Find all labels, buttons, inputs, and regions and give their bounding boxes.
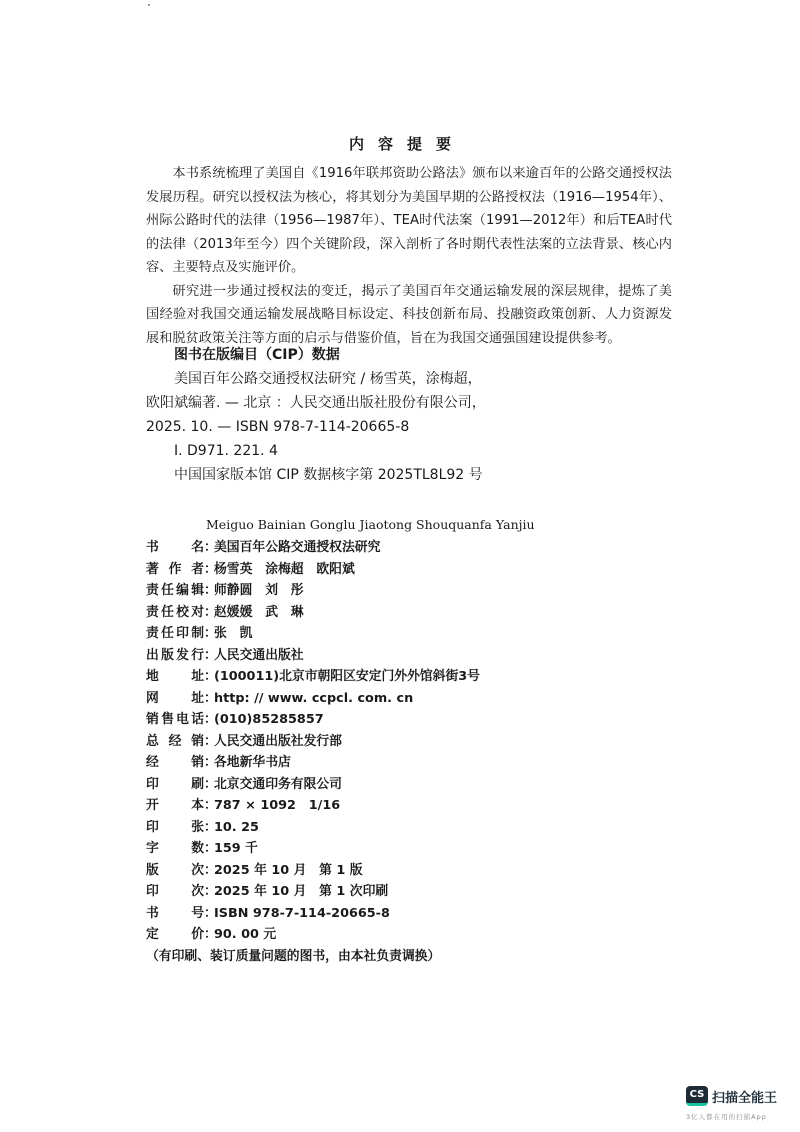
info-row: 书号：ISBN 978-7-114-20665-8 [146, 903, 480, 925]
info-value: 美国百年公路交通授权法研究 [214, 537, 380, 559]
info-value: (010)85285857 [214, 709, 324, 731]
watermark-tagline: 3亿人都在用的扫描App [686, 1112, 796, 1121]
info-label: 字数 [146, 838, 204, 860]
info-row: 出版发行：人民交通出版社 [146, 645, 480, 667]
info-value: 人民交通出版社发行部 [214, 731, 342, 753]
info-label-char: 印 [146, 817, 159, 839]
info-value: 师静圆 刘 彤 [214, 580, 304, 602]
info-label-char: 出 [146, 645, 159, 667]
info-label-char: 话 [191, 709, 204, 731]
cip-line: 中国国家版本馆 CIP 数据核字第 2025TL8L92 号 [146, 463, 666, 487]
cip-line: 美国百年公路交通授权法研究 / 杨雪英，涂梅超， [146, 367, 666, 391]
page-title: 内容提要 [0, 133, 800, 154]
pinyin-title: Meiguo Bainian Gonglu Jiaotong Shouquanf… [206, 517, 535, 532]
info-label: 出版发行 [146, 645, 204, 667]
info-label: 销售电话 [146, 709, 204, 731]
info-label: 书名 [146, 537, 204, 559]
info-label: 地址 [146, 666, 204, 688]
info-label-char: 地 [146, 666, 159, 688]
info-value: (100011)北京市朝阳区安定门外外馆斜街3号 [214, 666, 480, 688]
info-label-char: 责 [146, 602, 159, 624]
info-label-char: 校 [176, 602, 189, 624]
info-value: 2025 年 10 月 第 1 次印刷 [214, 881, 388, 903]
info-label-char: 印 [146, 881, 159, 903]
info-row: 定价：90. 00 元 [146, 924, 480, 946]
info-label-char: 责 [146, 580, 159, 602]
info-label-char: 次 [191, 860, 204, 882]
info-label-char: 开 [146, 795, 159, 817]
info-label-char: 总 [146, 731, 159, 753]
info-label-char: 销 [146, 709, 159, 731]
info-label-char: 作 [169, 559, 182, 581]
cip-title: 图书在版编目（CIP）数据 [146, 343, 666, 367]
info-row: 印刷：北京交通印务有限公司 [146, 774, 480, 796]
info-label-char: 销 [191, 752, 204, 774]
info-label-char: 网 [146, 688, 159, 710]
copyright-info: 书名：美国百年公路交通授权法研究著作者：杨雪英 涂梅超 欧阳斌责任编辑：师静圆 … [146, 537, 480, 967]
info-label: 印次 [146, 881, 204, 903]
info-label-char: 著 [146, 559, 159, 581]
info-label-char: 书 [146, 537, 159, 559]
info-value: 杨雪英 涂梅超 欧阳斌 [214, 559, 355, 581]
info-label-char: 销 [191, 731, 204, 753]
info-label: 印刷 [146, 774, 204, 796]
info-row: 责任印制：张 凯 [146, 623, 480, 645]
replacement-note: （有印刷、装订质量问题的图书，由本社负责调换） [146, 946, 480, 968]
info-label-char: 址 [191, 666, 204, 688]
info-label-char: 制 [191, 623, 204, 645]
info-row: 著作者：杨雪英 涂梅超 欧阳斌 [146, 559, 480, 581]
info-row: 印次：2025 年 10 月 第 1 次印刷 [146, 881, 480, 903]
info-value: ISBN 978-7-114-20665-8 [214, 903, 390, 925]
info-label-char: 经 [146, 752, 159, 774]
cip-line: Ⅰ. D971. 221. 4 [146, 439, 666, 463]
info-label: 责任印制 [146, 623, 204, 645]
info-label-char: 经 [169, 731, 182, 753]
info-label-char: 任 [161, 602, 174, 624]
info-label-char: 印 [176, 623, 189, 645]
info-label-char: 名 [191, 537, 204, 559]
info-label-char: 任 [161, 580, 174, 602]
info-row: 书名：美国百年公路交通授权法研究 [146, 537, 480, 559]
info-label-char: 本 [191, 795, 204, 817]
abstract: 本书系统梳理了美国自《1916年联邦资助公路法》颁布以来逾百年的公路交通授权法发… [146, 162, 672, 350]
info-label: 书号 [146, 903, 204, 925]
info-value: 159 千 [214, 838, 258, 860]
info-row: 开本：787 × 1092 1/16 [146, 795, 480, 817]
cip-block: 图书在版编目（CIP）数据 美国百年公路交通授权法研究 / 杨雪英，涂梅超， 欧… [146, 343, 666, 487]
info-label-char: 号 [191, 903, 204, 925]
info-label-char: 责 [146, 623, 159, 645]
info-label-char: 次 [191, 881, 204, 903]
info-label: 开本 [146, 795, 204, 817]
abstract-paragraph: 研究进一步通过授权法的变迁，揭示了美国百年交通运输发展的深层规律，提炼了美国经验… [146, 280, 672, 351]
camscanner-logo-icon: CS [686, 1086, 708, 1106]
info-row: 经销：各地新华书店 [146, 752, 480, 774]
info-label-char: 书 [146, 903, 159, 925]
info-label-char: 版 [146, 860, 159, 882]
info-label: 定价 [146, 924, 204, 946]
info-label-char: 辑 [191, 580, 204, 602]
info-value: 90. 00 元 [214, 924, 276, 946]
info-label-char: 刷 [191, 774, 204, 796]
watermark-app-name: 扫描全能王 [712, 1087, 777, 1106]
info-label: 网址 [146, 688, 204, 710]
cip-line: 2025. 10. — ISBN 978-7-114-20665-8 [146, 415, 666, 439]
info-label-char: 址 [191, 688, 204, 710]
info-value: http: // www. ccpcl. com. cn [214, 688, 413, 710]
info-label-char: 者 [191, 559, 204, 581]
info-value: 北京交通印务有限公司 [214, 774, 342, 796]
info-label-char: 发 [176, 645, 189, 667]
info-value: 10. 25 [214, 817, 259, 839]
info-row: 责任校对：赵媛媛 武 琳 [146, 602, 480, 624]
info-value: 各地新华书店 [214, 752, 291, 774]
info-value: 787 × 1092 1/16 [214, 795, 340, 817]
info-row: 责任编辑：师静圆 刘 彤 [146, 580, 480, 602]
info-label-char: 行 [191, 645, 204, 667]
info-row: 版次：2025 年 10 月 第 1 版 [146, 860, 480, 882]
info-row: 字数：159 千 [146, 838, 480, 860]
info-label-char: 价 [191, 924, 204, 946]
info-label-char: 数 [191, 838, 204, 860]
scan-speck [148, 4, 150, 6]
info-row: 销售电话：(010)85285857 [146, 709, 480, 731]
info-label-char: 任 [161, 623, 174, 645]
info-label: 印张 [146, 817, 204, 839]
info-row: 地址：(100011)北京市朝阳区安定门外外馆斜街3号 [146, 666, 480, 688]
info-value: 赵媛媛 武 琳 [214, 602, 304, 624]
abstract-paragraph: 本书系统梳理了美国自《1916年联邦资助公路法》颁布以来逾百年的公路交通授权法发… [146, 162, 672, 280]
info-label-char: 电 [176, 709, 189, 731]
info-label-char: 印 [146, 774, 159, 796]
camscanner-watermark: CS 扫描全能王 3亿人都在用的扫描App [686, 1086, 796, 1121]
info-label-char: 定 [146, 924, 159, 946]
info-label-char: 字 [146, 838, 159, 860]
info-label-char: 售 [161, 709, 174, 731]
info-label: 责任编辑 [146, 580, 204, 602]
info-label: 总经销 [146, 731, 204, 753]
info-value: 张 凯 [214, 623, 252, 645]
info-label-char: 对 [191, 602, 204, 624]
info-label-char: 张 [191, 817, 204, 839]
info-row: 印张：10. 25 [146, 817, 480, 839]
info-label: 责任校对 [146, 602, 204, 624]
info-value: 2025 年 10 月 第 1 版 [214, 860, 363, 882]
cip-line: 欧阳斌编著. — 北京 ：人民交通出版社股份有限公司， [146, 391, 666, 415]
info-label: 著作者 [146, 559, 204, 581]
info-row: 总经销：人民交通出版社发行部 [146, 731, 480, 753]
info-label: 经销 [146, 752, 204, 774]
info-row: 网址：http: // www. ccpcl. com. cn [146, 688, 480, 710]
info-label-char: 版 [161, 645, 174, 667]
info-value: 人民交通出版社 [214, 645, 304, 667]
info-label: 版次 [146, 860, 204, 882]
info-label-char: 编 [176, 580, 189, 602]
